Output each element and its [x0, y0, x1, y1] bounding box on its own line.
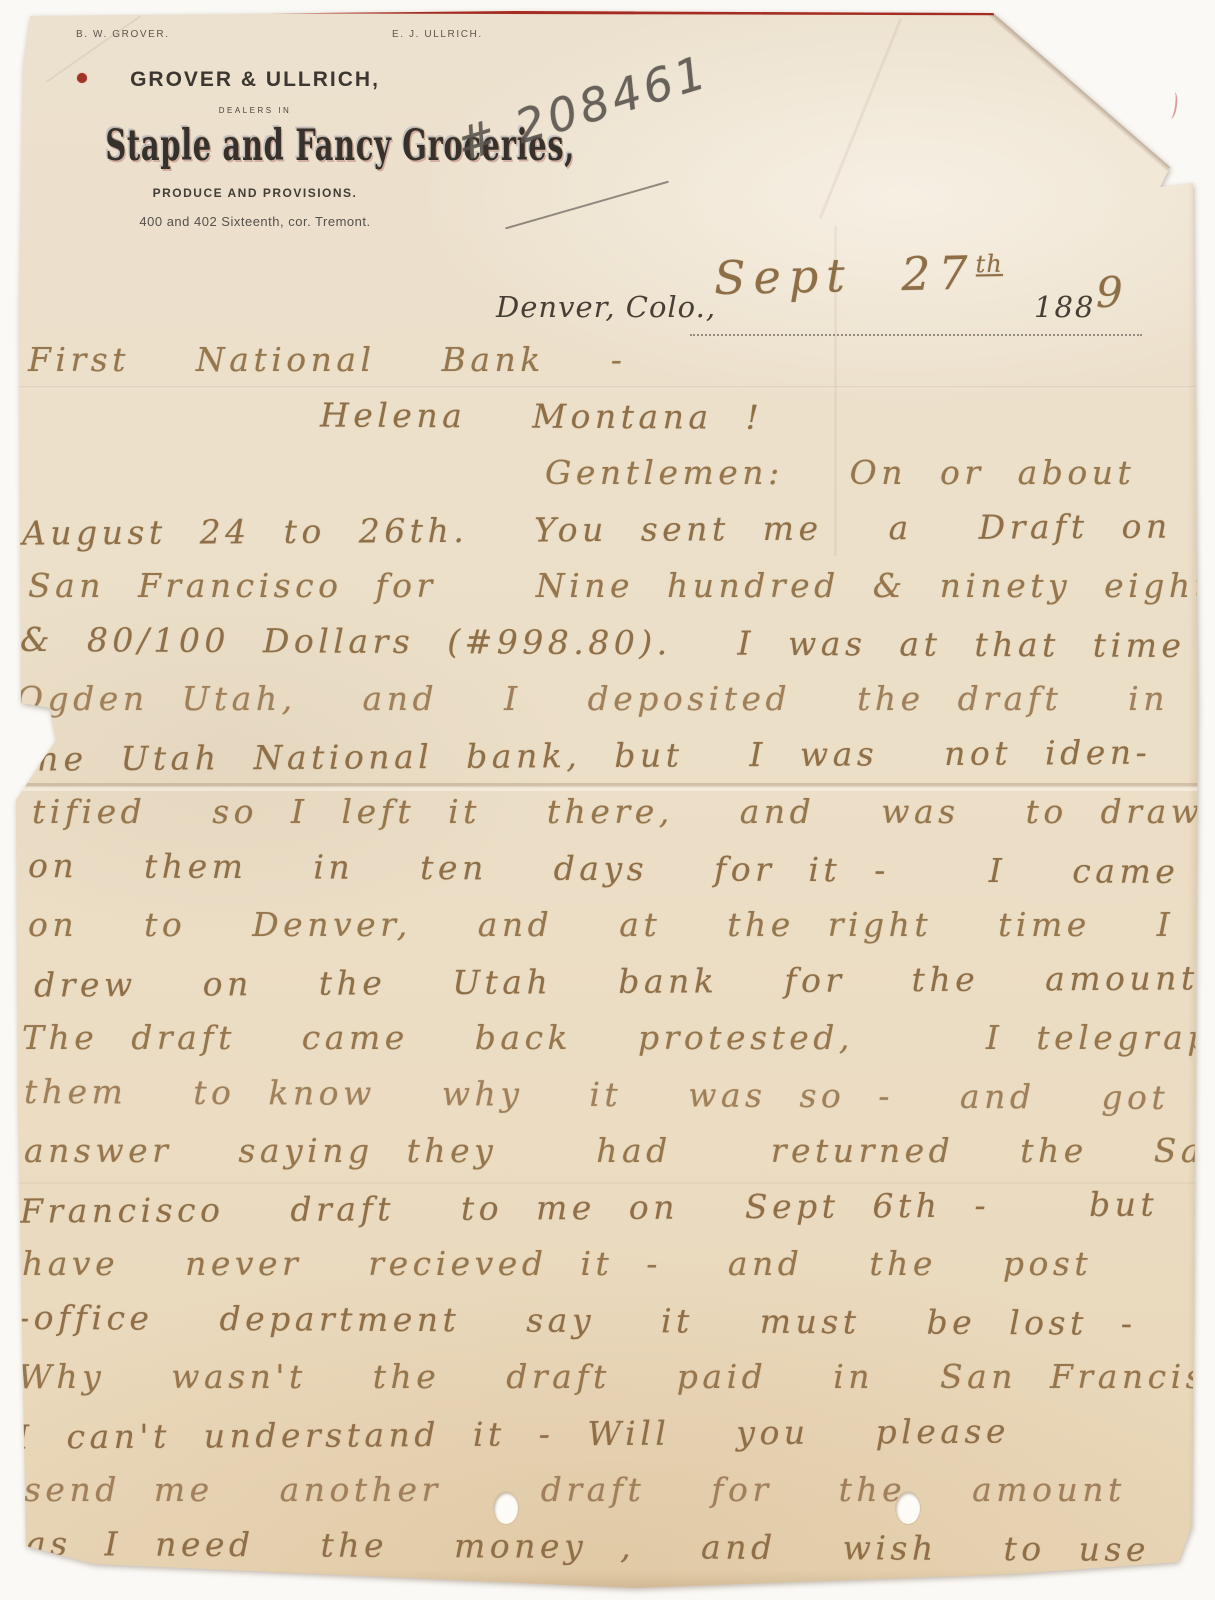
dateline-place-printed: Denver, Colo., [496, 290, 716, 324]
company-name: GROVER & ULLRICH, [14, 68, 496, 92]
handwritten-line: as I need the money , and wish to use [14, 1515, 1200, 1578]
handwritten-line: First National Bank - [14, 332, 1200, 389]
handwritten-line: Helena Montana ! [14, 385, 1200, 448]
dealers-in-line: DEALERS IN [14, 106, 496, 115]
handwritten-line: Gentlemen: On or about [14, 445, 1200, 502]
pencil-file-number: # 208461 [450, 44, 715, 172]
handwritten-line: them to know why it was so - and got an [14, 1063, 1200, 1126]
dateline-year-handwritten: 9 [1096, 268, 1123, 317]
trade-line: Staple and Fancy Groceries, [14, 122, 496, 169]
punch-hole-right [896, 1492, 920, 1524]
page-top-red-edge [28, 7, 994, 16]
handwritten-line: tified so I left it there, and was to dr… [14, 784, 1200, 841]
handwritten-line: I can't understand it - Will you please [14, 1402, 1200, 1466]
dateline-date-text: Sept 27 [713, 246, 976, 305]
punch-hole-left [494, 1492, 518, 1524]
handwritten-line: -office department say it must be lost - [14, 1289, 1200, 1352]
scanned-letter: B. W. GROVER. E. J. ULLRICH. GROVER & UL… [14, 6, 1200, 1596]
cut-corner-edge-shadow [987, 11, 1171, 172]
handwritten-line: have never recieved it - and the post [14, 1236, 1200, 1293]
handwritten-line: San Francisco for Nine hundred & ninety … [14, 558, 1200, 615]
handwritten-line: send me another draft for the amount [14, 1462, 1200, 1519]
handwritten-line: The draft came back protested, I telegra… [14, 1010, 1200, 1067]
handwritten-line: on them in ten days for it - I came [14, 837, 1200, 900]
letter-body: First National Bank -Helena Montana !Gen… [14, 332, 1200, 1575]
handwritten-line: August 24 to 26th. You sent me a Draft o… [14, 498, 1200, 562]
pencil-underline-stroke [505, 181, 669, 230]
dateline-year-printed: 188 [1034, 290, 1095, 324]
proprietor-name-left: B. W. GROVER. [76, 29, 170, 40]
handwritten-line: on to Denver, and at the right time I [14, 897, 1200, 954]
handwritten-line: Why wasn't the draft paid in San Francis… [14, 1349, 1200, 1406]
address-line: 400 and 402 Sixteenth, cor. Tremont. [14, 214, 496, 229]
handwritten-line: Ogden Utah, and I deposited the draft in [14, 671, 1200, 728]
handwritten-line: the Utah National bank, but I was not id… [14, 724, 1200, 788]
handwritten-line: & 80/100 Dollars (#998.80). I was at tha… [14, 611, 1200, 674]
handwritten-line: Francisco draft to me on Sept 6th - but … [14, 1176, 1200, 1240]
handwritten-line: answer saying they had returned the San [14, 1123, 1200, 1180]
handwritten-line: drew on the Utah bank for the amount - [14, 950, 1200, 1014]
produce-line: PRODUCE AND PROVISIONS. [14, 186, 496, 200]
letter-page: B. W. GROVER. E. J. ULLRICH. GROVER & UL… [14, 6, 1200, 1596]
proprietor-name-right: E. J. ULLRICH. [392, 29, 483, 40]
diagonal-crease [819, 18, 902, 218]
dateline-date-ordinal: th [975, 250, 1003, 279]
dateline-date-handwritten: Sept 27th [713, 245, 1003, 305]
